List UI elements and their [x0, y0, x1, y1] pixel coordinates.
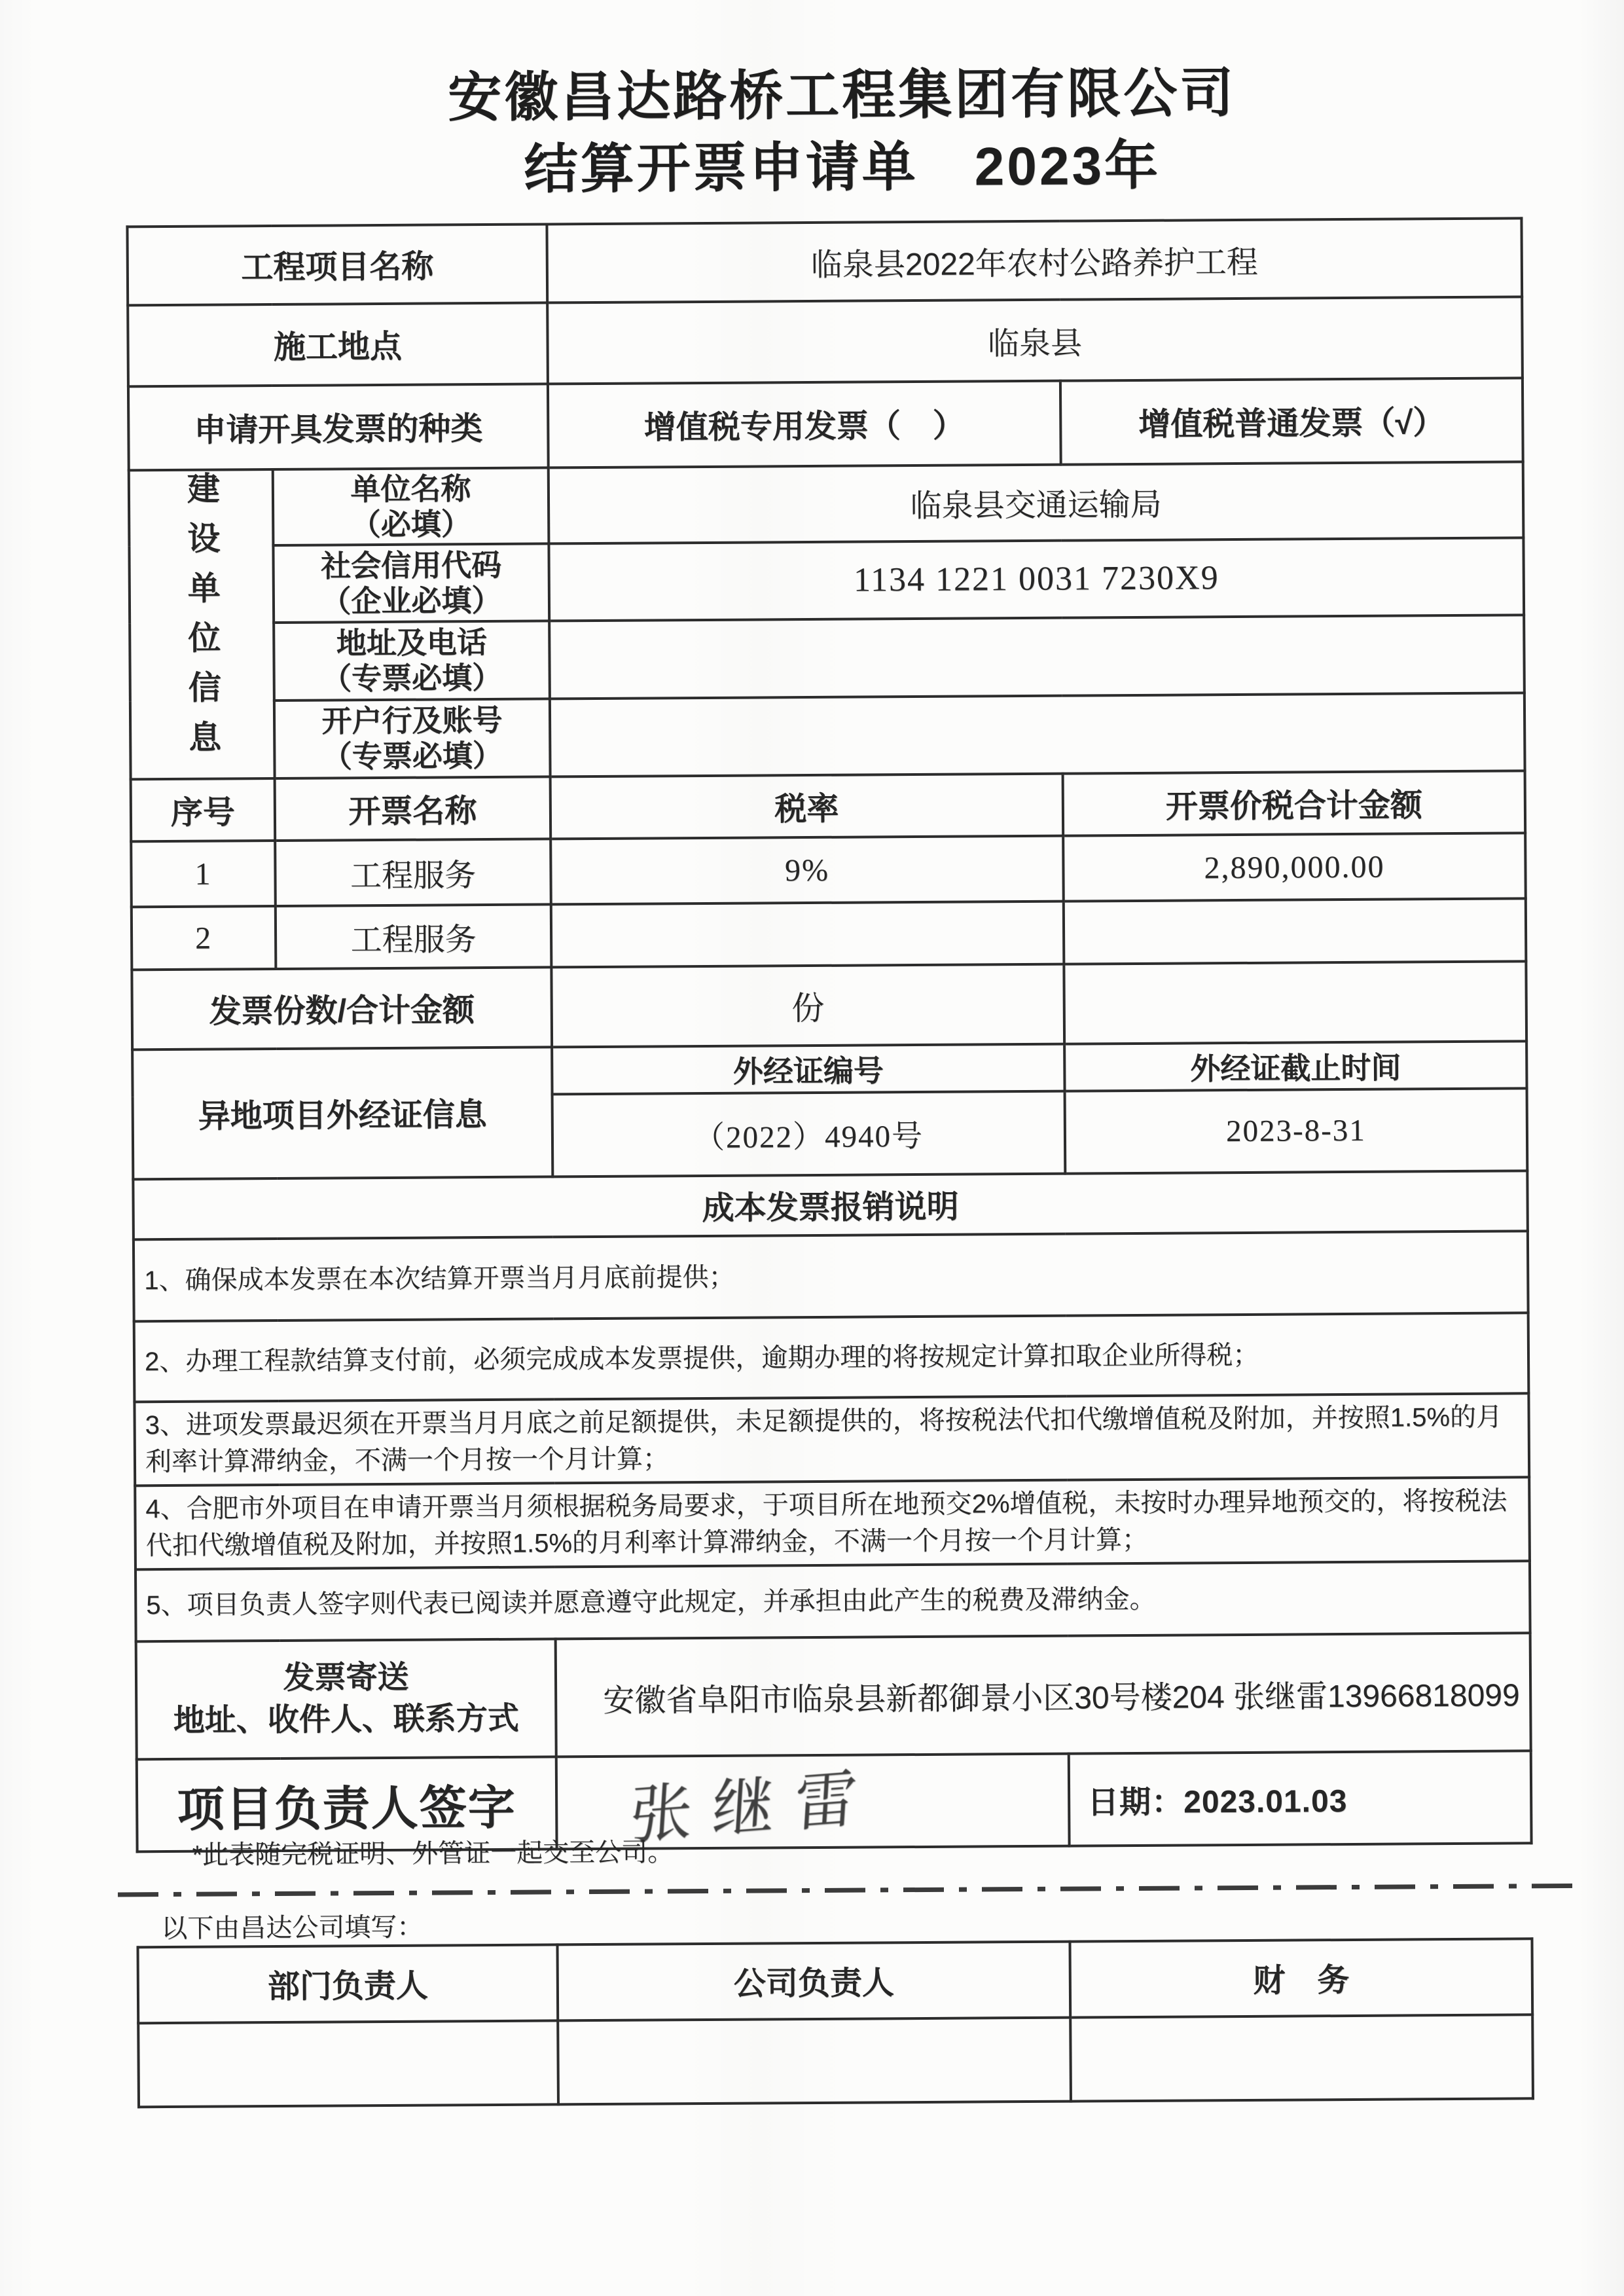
- approval-header-row: 部门负责人 公司负责人 财 务: [138, 1939, 1533, 2023]
- construction-site-value-cell: 临泉县: [547, 297, 1523, 384]
- items-header-row: 序号 开票名称 税率 开票价税合计金额: [131, 771, 1526, 841]
- company-head-header-cell: 公司负责人: [557, 1942, 1070, 2021]
- cost-note-2: 2、办理工程款结算支付前，必须完成成本发票提供，逾期办理的将按规定计算扣取企业所…: [134, 1313, 1529, 1402]
- item-row-2: 2 工程服务: [132, 898, 1526, 970]
- item1-name-cell: 工程服务: [275, 839, 551, 906]
- item1-seq-cell: 1: [131, 841, 276, 907]
- project-name-label-cell: 工程项目名称: [127, 224, 547, 305]
- mailing-label-line2: 地址、收件人、联系方式: [137, 1698, 554, 1742]
- item2-seq-cell: 2: [132, 906, 276, 970]
- finance-signature-cell: [1070, 2014, 1533, 2101]
- invoice-application-table: 工程项目名称 临泉县2022年农村公路养护工程 施工地点 临泉县 申请开具发票的…: [126, 217, 1532, 1853]
- form-name-title: 结算开票申请单 2023年: [67, 127, 1619, 208]
- cost-note-row-4: 4、合肥市外项目在申请开票当月须根据税务局要求，于项目所在地预交2%增值税，未按…: [135, 1477, 1530, 1569]
- builder-unit-name-row: 建设单位信息 单位名称 （必填） 临泉县交通运输局: [129, 462, 1524, 546]
- item-row-1: 1 工程服务 9% 2,890,000.00: [131, 833, 1526, 907]
- invoice-count-row: 发票份数/合计金额 份: [132, 961, 1526, 1049]
- address-phone-value-cell: [549, 615, 1525, 699]
- address-phone-row: 地址及电话 （专票必填）: [130, 615, 1525, 701]
- mailing-label-cell: 发票寄送 地址、收件人、联系方式: [136, 1639, 556, 1759]
- item2-name-cell: 工程服务: [276, 904, 552, 969]
- construction-site-row: 施工地点 临泉县: [128, 297, 1523, 386]
- invoice-type-row: 申请开具发票的种类 增值税专用发票（ ） 增值税普通发票（√）: [128, 378, 1523, 470]
- cost-note-1: 1、确保成本发票在本次结算开票当月月底前提供；: [134, 1231, 1528, 1321]
- credit-code-label-cell: 社会信用代码 （企业必填）: [273, 543, 549, 623]
- submission-footnote: *此表随完税证明、外管证一起交至公司。: [192, 1831, 674, 1871]
- address-phone-required-hint: （专票必填）: [276, 660, 549, 697]
- waijing-deadline-value-cell: 2023-8-31: [1065, 1088, 1528, 1173]
- bank-account-row: 开户行及账号 （专票必填）: [130, 693, 1525, 779]
- credit-code-label: 社会信用代码: [274, 547, 547, 584]
- waijing-group-label-cell: 异地项目外经证信息: [132, 1047, 552, 1179]
- finance-header-cell: 财 务: [1070, 1939, 1532, 2017]
- cost-note-row-2: 2、办理工程款结算支付前，必须完成成本发票提供，逾期办理的将按规定计算扣取企业所…: [134, 1313, 1529, 1402]
- document-title: 安徽昌达路桥工程集团有限公司 结算开票申请单 2023年: [66, 55, 1618, 208]
- item-name-header-cell: 开票名称: [275, 776, 551, 841]
- address-phone-label: 地址及电话: [275, 625, 548, 662]
- approval-signature-row: [138, 2014, 1533, 2107]
- company-name-title: 安徽昌达路桥工程集团有限公司: [66, 55, 1618, 136]
- waijing-deadline-header-cell: 外经证截止时间: [1064, 1041, 1526, 1091]
- cost-note-row-3: 3、进项发票最迟须在开票当月月底之前足额提供，未足额提供的，将按税法代扣代缴增值…: [134, 1393, 1529, 1485]
- unit-name-label-cell: 单位名称 （必填）: [273, 467, 549, 545]
- waijing-number-header-cell: 外经证编号: [552, 1044, 1064, 1095]
- company-head-signature-cell: [558, 2018, 1071, 2105]
- item2-amount-cell: [1064, 898, 1526, 964]
- tax-rate-header-cell: 税率: [550, 774, 1064, 839]
- address-phone-label-cell: 地址及电话 （专票必填）: [274, 621, 550, 701]
- unit-name-value-cell: 临泉县交通运输局: [549, 462, 1524, 543]
- cost-notes-header-row: 成本发票报销说明: [133, 1171, 1528, 1239]
- invoice-count-unit-cell: 份: [551, 964, 1064, 1048]
- waijing-header-row: 异地项目外经证信息 外经证编号 外经证截止时间: [132, 1041, 1526, 1097]
- bank-account-label: 开户行及账号: [276, 702, 549, 740]
- project-name-row: 工程项目名称 临泉县2022年农村公路养护工程: [127, 218, 1522, 305]
- mailing-label-line1: 发票寄送: [137, 1656, 554, 1700]
- dept-head-header-cell: 部门负责人: [138, 1944, 558, 2023]
- approval-table: 部门负责人 公司负责人 财 务: [136, 1937, 1534, 2108]
- bank-account-value-cell: [550, 693, 1525, 776]
- invoice-count-amount-cell: [1064, 961, 1526, 1044]
- cost-note-row-5: 5、项目负责人签字则代表已阅读并愿意遵守此规定，并承担由此产生的税费及滞纳金。: [135, 1561, 1530, 1641]
- dash-dot-divider: [118, 1884, 1587, 1897]
- cost-note-3: 3、进项发票最迟须在开票当月月底之前足额提供，未足额提供的，将按税法代扣代缴增值…: [134, 1393, 1529, 1485]
- unit-name-label: 单位名称: [274, 470, 547, 507]
- signature-date-cell: 日期：2023.01.03: [1069, 1751, 1532, 1846]
- builder-info-group-cell: 建设单位信息: [129, 469, 275, 779]
- bank-account-required-hint: （专票必填）: [276, 738, 549, 775]
- item2-rate-cell: [551, 902, 1064, 968]
- invoice-count-label-cell: 发票份数/合计金额: [132, 967, 552, 1049]
- seq-header-cell: 序号: [131, 778, 276, 841]
- credit-code-value-cell: 1134 1221 0031 7230X9: [549, 538, 1524, 621]
- project-name-value-cell: 临泉县2022年农村公路养护工程: [547, 218, 1522, 302]
- mailing-row: 发票寄送 地址、收件人、联系方式 安徽省阜阳市临泉县新都御景小区30号楼204 …: [136, 1633, 1531, 1759]
- vat-special-option-cell: 增值税专用发票（ ）: [548, 381, 1061, 468]
- unit-name-required-hint: （必填）: [274, 505, 547, 543]
- company-fill-label: 以下由昌达公司填写：: [161, 1906, 423, 1945]
- scanned-invoice-application-page: 安徽昌达路桥工程集团有限公司 结算开票申请单 2023年 工程项目名称 临泉县2…: [0, 0, 1624, 2296]
- mailing-value-cell: 安徽省阜阳市临泉县新都御景小区30号楼204 张继雷13966818099: [556, 1633, 1531, 1757]
- bank-account-label-cell: 开户行及账号 （专票必填）: [274, 699, 550, 778]
- cost-note-4: 4、合肥市外项目在申请开票当月须根据税务局要求，于项目所在地预交2%增值税，未按…: [135, 1477, 1530, 1569]
- item1-rate-cell: 9%: [550, 836, 1064, 905]
- credit-code-required-hint: （企业必填）: [275, 582, 548, 619]
- document-sheet: 安徽昌达路桥工程集团有限公司 结算开票申请单 2023年 工程项目名称 临泉县2…: [0, 0, 1624, 2296]
- cost-note-row-1: 1、确保成本发票在本次结算开票当月月底前提供；: [134, 1231, 1528, 1321]
- invoice-type-label-cell: 申请开具发票的种类: [128, 384, 549, 470]
- construction-site-label-cell: 施工地点: [128, 302, 548, 386]
- dept-head-signature-cell: [138, 2020, 558, 2107]
- cost-notes-header-cell: 成本发票报销说明: [133, 1171, 1528, 1239]
- item1-amount-cell: 2,890,000.00: [1063, 833, 1526, 901]
- vat-general-option-cell: 增值税普通发票（√）: [1060, 378, 1523, 464]
- amount-header-cell: 开票价税合计金额: [1063, 771, 1526, 835]
- credit-code-row: 社会信用代码 （企业必填） 1134 1221 0031 7230X9: [129, 538, 1524, 623]
- waijing-number-value-cell: （2022）4940号: [552, 1091, 1066, 1177]
- builder-info-group-label: 建设单位信息: [177, 471, 226, 769]
- cost-note-5: 5、项目负责人签字则代表已阅读并愿意遵守此规定，并承担由此产生的税费及滞纳金。: [135, 1561, 1530, 1641]
